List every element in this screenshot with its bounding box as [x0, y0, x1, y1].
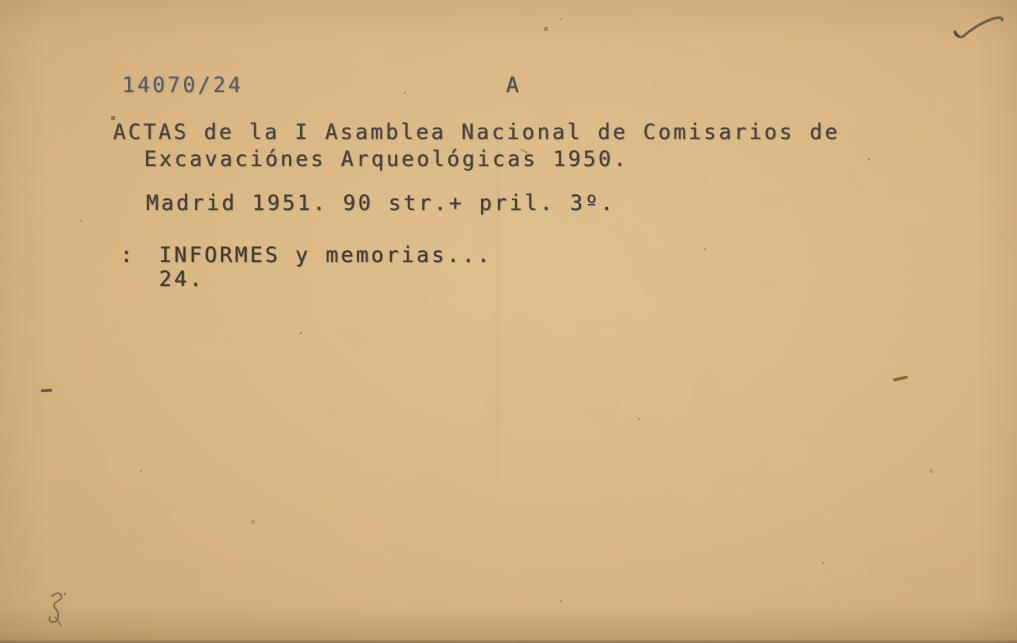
pencil-dash-mark — [41, 389, 52, 392]
reference-series: INFORMES y memorias... — [159, 245, 492, 266]
paper-speckles — [0, 0, 2, 2]
reference-number: 24. — [159, 269, 204, 290]
title-line-1: ACTAS de la I Asamblea Nacional de Comis… — [113, 122, 840, 143]
imprint-line: Madrid 1951. 90 str.+ pril. 3º. — [146, 193, 615, 214]
heading-letter: A — [506, 75, 521, 96]
card-bottom-edge-shadow — [0, 639, 1017, 643]
pencil-scribble-icon — [40, 588, 80, 632]
reference-separator: : — [120, 245, 135, 266]
catalog-card-scan: 14070/24 A ACTAS de la I Asamblea Nacion… — [0, 0, 1017, 643]
pencil-checkmark-icon — [948, 8, 1010, 44]
call-number: 14070/24 — [122, 75, 243, 96]
title-line-2: Excavaciónes Arqueológicas 1950. — [144, 149, 629, 170]
paper-fiber-speck — [893, 375, 908, 381]
